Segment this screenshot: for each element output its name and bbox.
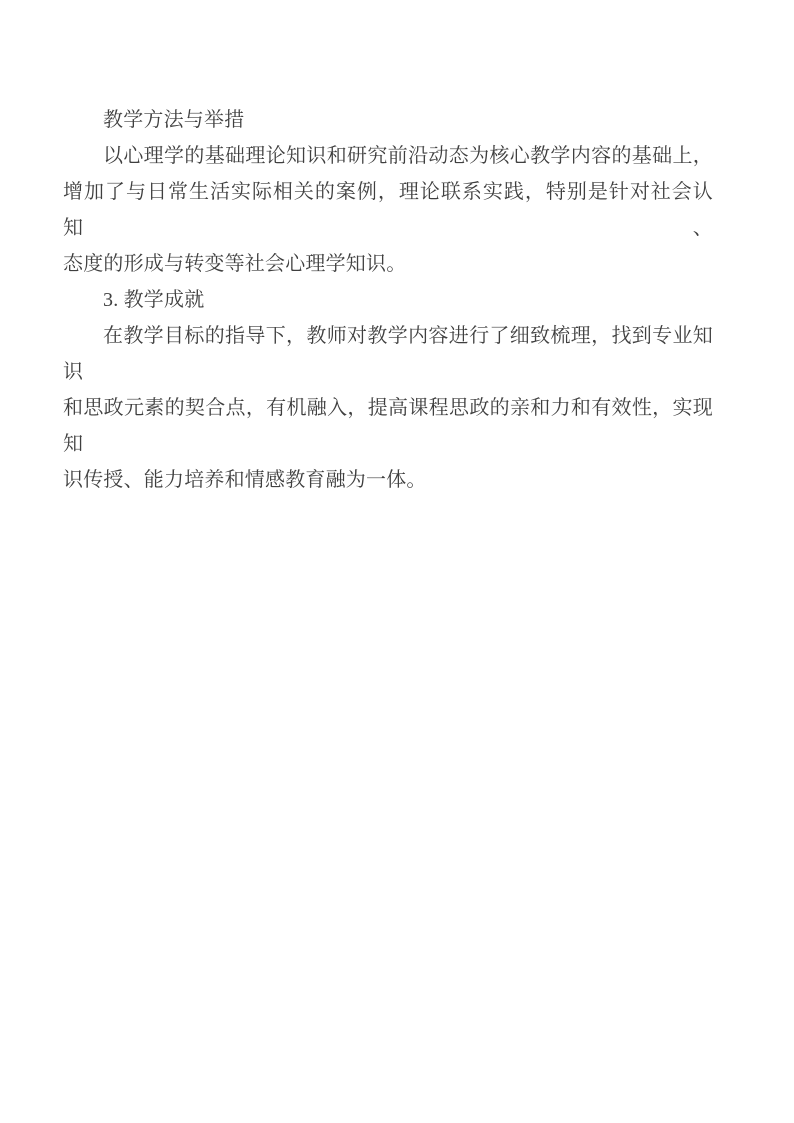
- document-text-block: 教学方法与举措 以心理学的基础理论知识和研究前沿动态为核心教学内容的基础上， 增…: [63, 102, 713, 498]
- heading-teaching-methods: 教学方法与举措: [63, 102, 713, 138]
- text-line: 增加了与日常生活实际相关的案例，理论联系实践，特别是针对社会认知、: [63, 174, 713, 246]
- paragraph-achievements-body: 在教学目标的指导下，教师对教学内容进行了细致梳理，找到专业知识 和思政元素的契合…: [63, 318, 713, 498]
- document-page: 教学方法与举措 以心理学的基础理论知识和研究前沿动态为核心教学内容的基础上， 增…: [0, 0, 794, 1123]
- text-line: 以心理学的基础理论知识和研究前沿动态为核心教学内容的基础上，: [63, 138, 713, 174]
- heading-teaching-achievements: 3. 教学成就: [63, 282, 713, 318]
- paragraph-heading-methods: 教学方法与举措: [63, 102, 713, 138]
- paragraph-methods-body: 以心理学的基础理论知识和研究前沿动态为核心教学内容的基础上， 增加了与日常生活实…: [63, 138, 713, 282]
- text-line: 识传授、能力培养和情感教育融为一体。: [63, 462, 713, 498]
- paragraph-heading-achievements: 3. 教学成就: [63, 282, 713, 318]
- text-line: 态度的形成与转变等社会心理学知识。: [63, 246, 713, 282]
- text-line: 在教学目标的指导下，教师对教学内容进行了细致梳理，找到专业知识: [63, 318, 713, 390]
- text-line: 和思政元素的契合点，有机融入，提高课程思政的亲和力和有效性，实现知: [63, 390, 713, 462]
